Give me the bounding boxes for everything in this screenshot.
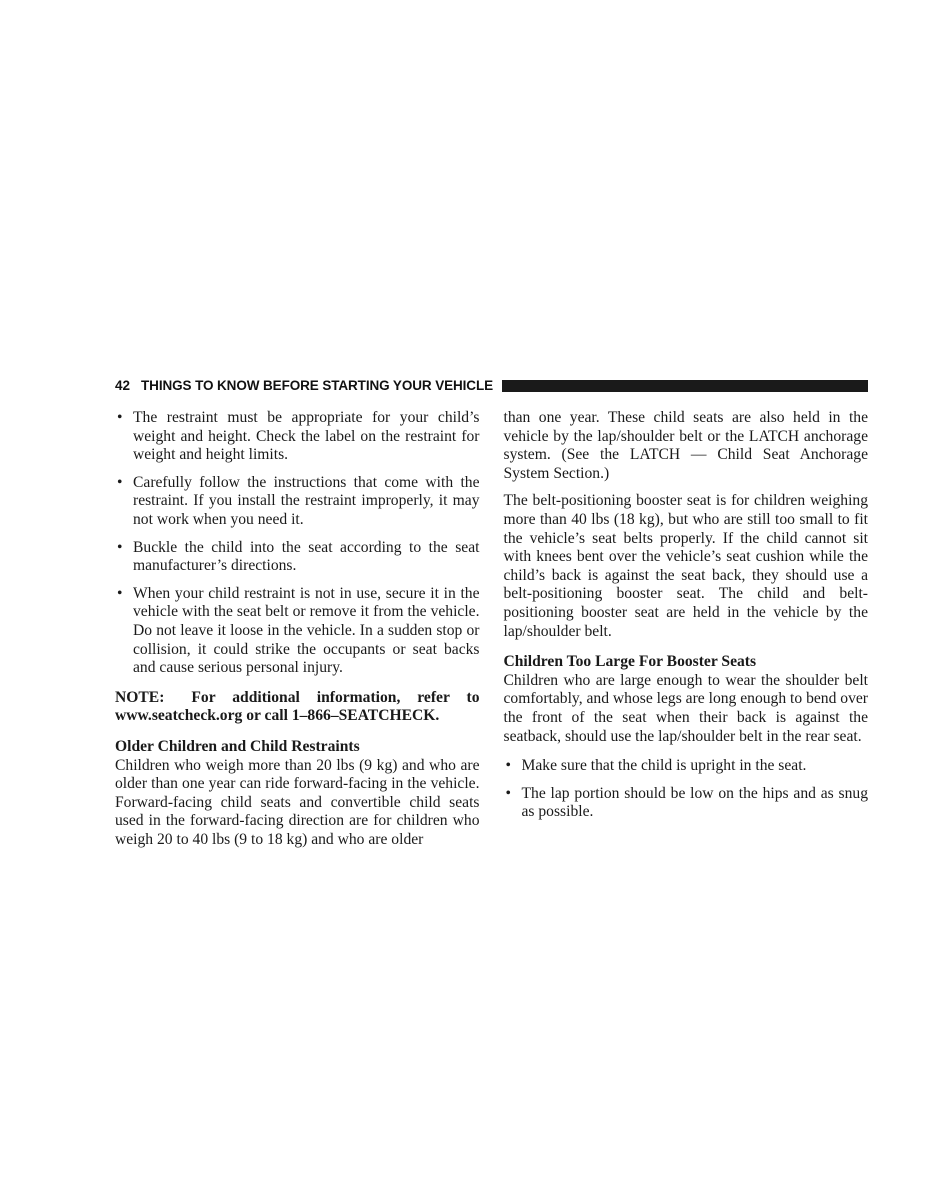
note-paragraph: NOTE:For additional information, refer t…	[115, 689, 480, 726]
page-header: 42 THINGS TO KNOW BEFORE STARTING YOUR V…	[115, 378, 868, 393]
bullet-icon: •	[117, 409, 122, 428]
manual-page: 42 THINGS TO KNOW BEFORE STARTING YOUR V…	[0, 0, 927, 1200]
bullet-text: When your child restraint is not in use,…	[133, 585, 480, 678]
page-title: THINGS TO KNOW BEFORE STARTING YOUR VEHI…	[141, 378, 493, 393]
bullet-text: Make sure that the child is upright in t…	[522, 757, 869, 776]
bullet-item-restraint-appropriate: • The restraint must be appropriate for …	[115, 409, 480, 465]
page-content: 42 THINGS TO KNOW BEFORE STARTING YOUR V…	[115, 378, 868, 858]
two-column-body: • The restraint must be appropriate for …	[115, 409, 868, 858]
left-column: • The restraint must be appropriate for …	[115, 409, 480, 858]
section-body-older-children: Children who weigh more than 20 lbs (9 k…	[115, 757, 480, 850]
paragraph-continuation: than one year. These child seats are als…	[504, 409, 869, 483]
bullet-icon: •	[117, 474, 122, 493]
right-column: than one year. These child seats are als…	[504, 409, 869, 858]
note-text: For additional information, refer to www…	[115, 689, 480, 725]
bullet-item-buckle-child: • Buckle the child into the seat accordi…	[115, 539, 480, 576]
header-rule-bar	[502, 380, 868, 392]
bullet-icon: •	[117, 585, 122, 604]
bullet-icon: •	[506, 757, 511, 776]
bullet-text: Carefully follow the instructions that c…	[133, 474, 480, 530]
bullet-item-secure-when-not-in-use: • When your child restraint is not in us…	[115, 585, 480, 678]
note-label: NOTE:	[115, 689, 164, 706]
bullet-text: The restraint must be appropriate for yo…	[133, 409, 480, 465]
bullet-text: The lap portion should be low on the hip…	[522, 785, 869, 822]
bullet-text: Buckle the child into the seat according…	[133, 539, 480, 576]
bullet-item-lap-portion: • The lap portion should be low on the h…	[504, 785, 869, 822]
section-heading-older-children: Older Children and Child Restraints	[115, 738, 480, 757]
bullet-icon: •	[506, 785, 511, 804]
bullet-item-child-upright: • Make sure that the child is upright in…	[504, 757, 869, 776]
paragraph-booster-seat: The belt-positioning booster seat is for…	[504, 492, 869, 641]
bullet-item-follow-instructions: • Carefully follow the instructions that…	[115, 474, 480, 530]
section-body-too-large: Children who are large enough to wear th…	[504, 672, 869, 746]
bullet-icon: •	[117, 539, 122, 558]
section-heading-too-large: Children Too Large For Booster Seats	[504, 653, 869, 672]
page-number: 42	[115, 378, 130, 393]
